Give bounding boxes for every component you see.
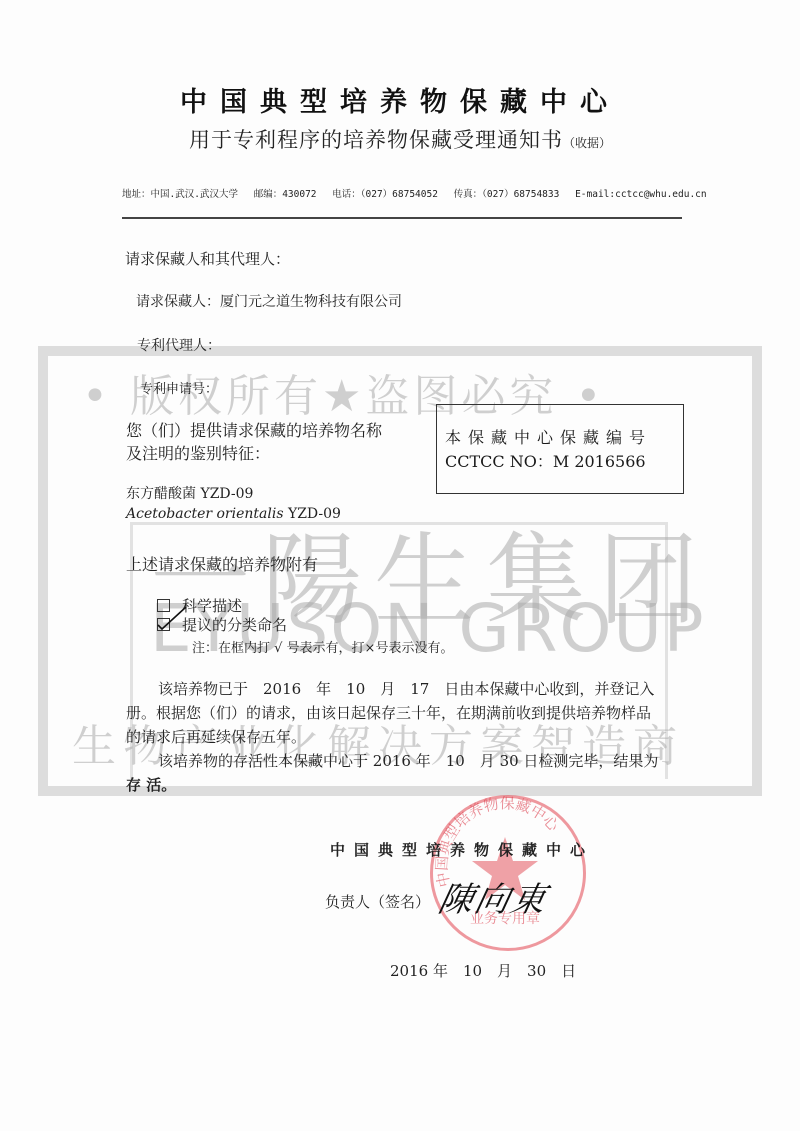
receipt-paragraph: 该培养物已于 2016 年 10 月 17 日由本保藏中心收到，并登记入 册。根… bbox=[126, 677, 686, 797]
stamp-graphic: 中国典型培养物保藏中心 业务专用章 bbox=[430, 795, 580, 945]
accession-number-box: 本保藏中心保藏编号 CCTCC NO：M 2016566 bbox=[436, 404, 684, 494]
handwritten-signature: 陳向東 bbox=[435, 872, 553, 921]
header-divider bbox=[122, 217, 682, 219]
accession-number: CCTCC NO：M 2016566 bbox=[445, 449, 646, 472]
depositor-label: 请求保藏人： bbox=[136, 294, 220, 310]
contact-fax: 传真：（027）68754833 bbox=[454, 189, 560, 200]
receipt-line4: 该培养物的存活性本保藏中心于 2016 年 10 月 30 日检测完毕，结果为 bbox=[126, 749, 686, 773]
signature-org: 中国典型培养物保藏中心 bbox=[330, 839, 594, 860]
subtitle-note: （收据） bbox=[563, 136, 611, 150]
depositor-section-label: 请求保藏人和其代理人： bbox=[125, 248, 290, 269]
patent-agent-label: 专利代理人： bbox=[137, 335, 221, 355]
document-subtitle: 用于专利程序的培养物保藏受理通知书（收据） bbox=[0, 124, 800, 154]
culture-strain: YZD-09 bbox=[284, 506, 341, 522]
receipt-line2: 册。根据您（们）的请求，由该日起保存三十年，在期满前收到提供培养物样品 bbox=[126, 701, 686, 725]
attachments-note: 注：在框内打 √ 号表示有，打×号表示没有。 bbox=[192, 637, 453, 656]
attachment-item-proposed-taxonomy: 提议的分类命名 bbox=[157, 614, 287, 635]
culture-name-latin: Acetobacter orientalis bbox=[126, 506, 284, 522]
checkbox-checked bbox=[157, 618, 170, 631]
contact-phone: 电话：（027）68754052 bbox=[332, 189, 438, 200]
subtitle-text: 用于专利程序的培养物保藏受理通知书 bbox=[189, 128, 563, 152]
depositor-row: 请求保藏人：厦门元之道生物科技有限公司 bbox=[136, 291, 402, 311]
receipt-line1: 该培养物已于 2016 年 10 月 17 日由本保藏中心收到，并登记入 bbox=[126, 677, 686, 701]
attachment-label: 科学描述 bbox=[182, 597, 242, 615]
attachments-heading: 上述请求保藏的培养物附有 bbox=[126, 552, 318, 575]
culture-name-latin-row: Acetobacter orientalis YZD-09 bbox=[126, 506, 341, 522]
culture-prompt-line2: 及注明的鉴别特征： bbox=[126, 441, 270, 464]
patent-application-label: 专利申请号： bbox=[140, 378, 218, 397]
document-title: 中国典型培养物保藏中心 bbox=[0, 80, 800, 119]
culture-prompt-line1: 您（们）提供请求保藏的培养物名称 bbox=[126, 418, 382, 441]
contact-email: E-mail:cctcc@whu.edu.cn bbox=[575, 189, 707, 200]
culture-name-cn: 东方醋酸菌 YZD-09 bbox=[126, 483, 253, 503]
depositor-value: 厦门元之道生物科技有限公司 bbox=[220, 294, 402, 310]
receipt-line3: 的请求后再延续保存五年。 bbox=[126, 725, 686, 749]
checkmark-icon bbox=[156, 605, 190, 631]
contact-postcode: 邮编：430072 bbox=[254, 189, 317, 200]
accession-label: 本保藏中心保藏编号 bbox=[445, 425, 652, 448]
contact-line: 地址：中国.武汉.武汉大学 邮编：430072 电话：（027）68754052… bbox=[122, 186, 717, 200]
attachment-label: 提议的分类命名 bbox=[182, 616, 287, 634]
signer-label: 负责人（签名） bbox=[325, 891, 430, 912]
viability-result: 存 活。 bbox=[126, 773, 686, 797]
contact-address: 地址：中国.武汉.武汉大学 bbox=[122, 189, 238, 200]
signature-date: 2016 年 10 月 30 日 bbox=[390, 960, 576, 981]
